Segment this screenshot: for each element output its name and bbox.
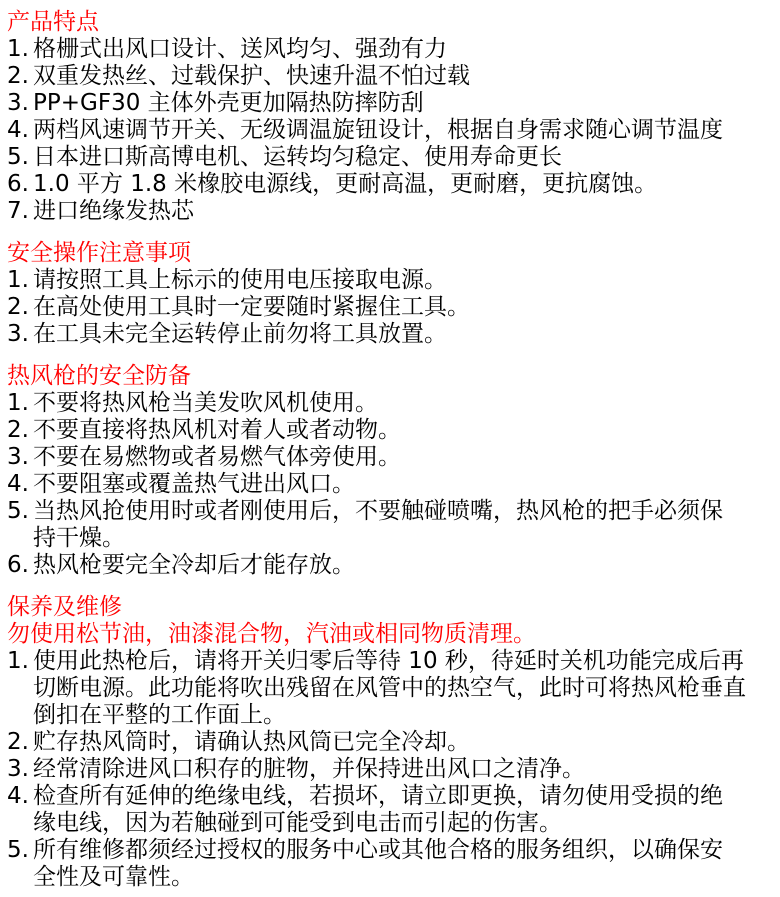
item-number: 4. — [7, 471, 33, 498]
list-item: 3. 经常清除进风口积存的脏物，并保持进出风口之清净。 — [7, 756, 778, 783]
item-text: 1.0 平方 1.8 米橡胶电源线，更耐高温，更耐磨，更抗腐蚀。 — [33, 171, 778, 198]
item-text: PP+GF30 主体外壳更加隔热防摔防刮 — [33, 90, 778, 117]
section-heading: 保养及维修 — [7, 594, 778, 621]
list-item: 2. 贮存热风筒时，请确认热风筒已完全冷却。 — [7, 729, 778, 756]
section-warning-subtitle: 勿使用松节油，油漆混合物，汽油或相同物质清理。 — [7, 621, 778, 648]
item-text: 不要直接将热风机对着人或者动物。 — [33, 417, 778, 444]
section-item-list: 1. 不要将热风枪当美发吹风机使用。 2. 不要直接将热风机对着人或者动物。 3… — [7, 390, 778, 579]
list-item: 1. 请按照工具上标示的使用电压接取电源。 — [7, 267, 778, 294]
item-number: 5. — [7, 837, 33, 864]
item-number: 5. — [7, 144, 33, 171]
section-heading: 产品特点 — [7, 9, 778, 36]
item-text: 贮存热风筒时，请确认热风筒已完全冷却。 — [33, 729, 778, 756]
item-number: 4. — [7, 117, 33, 144]
item-text: 使用此热枪后，请将开关归零后等待 10 秒，待延时关机功能完成后再 切断电源。此… — [33, 648, 778, 729]
list-item: 7. 进口绝缘发热芯 — [7, 198, 778, 225]
item-text: 不要阻塞或覆盖热气进出风口。 — [33, 471, 778, 498]
list-item: 5. 当热风抢使用时或者刚使用后，不要触碰喷嘴，热风枪的把手必须保 持干燥。 — [7, 498, 778, 552]
item-text: 经常清除进风口积存的脏物，并保持进出风口之清净。 — [33, 756, 778, 783]
list-item: 1. 使用此热枪后，请将开关归零后等待 10 秒，待延时关机功能完成后再 切断电… — [7, 648, 778, 729]
list-item: 2. 双重发热丝、过载保护、快速升温不怕过载 — [7, 63, 778, 90]
list-item: 3. 不要在易燃物或者易燃气体旁使用。 — [7, 444, 778, 471]
item-number: 7. — [7, 198, 33, 225]
item-number: 2. — [7, 417, 33, 444]
item-number: 6. — [7, 552, 33, 579]
list-item: 5. 日本进口斯高博电机、运转均匀稳定、使用寿命更长 — [7, 144, 778, 171]
item-number: 3. — [7, 321, 33, 348]
content-section: 保养及维修 勿使用松节油，油漆混合物，汽油或相同物质清理。 1. 使用此热枪后，… — [7, 594, 778, 891]
item-number: 2. — [7, 294, 33, 321]
list-item: 4. 检查所有延伸的绝缘电线，若损坏，请立即更换，请勿使用受损的绝 缘电线，因为… — [7, 783, 778, 837]
list-item: 2. 不要直接将热风机对着人或者动物。 — [7, 417, 778, 444]
item-text: 在工具未完全运转停止前勿将工具放置。 — [33, 321, 778, 348]
list-item: 1. 格栅式出风口设计、送风均匀、强劲有力 — [7, 36, 778, 63]
list-item: 4. 不要阻塞或覆盖热气进出风口。 — [7, 471, 778, 498]
content-section: 产品特点 1. 格栅式出风口设计、送风均匀、强劲有力 2. 双重发热丝、过载保护… — [7, 9, 778, 225]
list-item: 2. 在高处使用工具时一定要随时紧握住工具。 — [7, 294, 778, 321]
item-text: 双重发热丝、过载保护、快速升温不怕过载 — [33, 63, 778, 90]
item-number: 1. — [7, 648, 33, 675]
item-number: 3. — [7, 90, 33, 117]
item-text: 检查所有延伸的绝缘电线，若损坏，请立即更换，请勿使用受损的绝 缘电线，因为若触碰… — [33, 783, 778, 837]
item-number: 2. — [7, 63, 33, 90]
list-item: 1. 不要将热风枪当美发吹风机使用。 — [7, 390, 778, 417]
item-text: 日本进口斯高博电机、运转均匀稳定、使用寿命更长 — [33, 144, 778, 171]
item-number: 4. — [7, 783, 33, 810]
item-number: 1. — [7, 267, 33, 294]
item-text: 热风枪要完全冷却后才能存放。 — [33, 552, 778, 579]
list-item: 3. PP+GF30 主体外壳更加隔热防摔防刮 — [7, 90, 778, 117]
section-heading: 安全操作注意事项 — [7, 240, 778, 267]
item-text: 当热风抢使用时或者刚使用后，不要触碰喷嘴，热风枪的把手必须保 持干燥。 — [33, 498, 778, 552]
item-text: 所有维修都须经过授权的服务中心或其他合格的服务组织，以确保安 全性及可靠性。 — [33, 837, 778, 891]
item-number: 3. — [7, 444, 33, 471]
item-number: 5. — [7, 498, 33, 525]
section-item-list: 1. 格栅式出风口设计、送风均匀、强劲有力 2. 双重发热丝、过载保护、快速升温… — [7, 36, 778, 225]
section-heading: 热风枪的安全防备 — [7, 363, 778, 390]
content-section: 热风枪的安全防备 1. 不要将热风枪当美发吹风机使用。 2. 不要直接将热风机对… — [7, 363, 778, 579]
item-text: 进口绝缘发热芯 — [33, 198, 778, 225]
list-item: 6. 1.0 平方 1.8 米橡胶电源线，更耐高温，更耐磨，更抗腐蚀。 — [7, 171, 778, 198]
item-number: 6. — [7, 171, 33, 198]
section-item-list: 1. 请按照工具上标示的使用电压接取电源。 2. 在高处使用工具时一定要随时紧握… — [7, 267, 778, 348]
item-number: 1. — [7, 36, 33, 63]
item-text: 不要在易燃物或者易燃气体旁使用。 — [33, 444, 778, 471]
product-description-document: 产品特点 1. 格栅式出风口设计、送风均匀、强劲有力 2. 双重发热丝、过载保护… — [0, 0, 780, 897]
list-item: 3. 在工具未完全运转停止前勿将工具放置。 — [7, 321, 778, 348]
item-text: 请按照工具上标示的使用电压接取电源。 — [33, 267, 778, 294]
content-section: 安全操作注意事项 1. 请按照工具上标示的使用电压接取电源。 2. 在高处使用工… — [7, 240, 778, 348]
item-number: 3. — [7, 756, 33, 783]
item-text: 格栅式出风口设计、送风均匀、强劲有力 — [33, 36, 778, 63]
item-text: 两档风速调节开关、无级调温旋钮设计，根据自身需求随心调节温度 — [33, 117, 778, 144]
list-item: 6. 热风枪要完全冷却后才能存放。 — [7, 552, 778, 579]
list-item: 4. 两档风速调节开关、无级调温旋钮设计，根据自身需求随心调节温度 — [7, 117, 778, 144]
item-number: 2. — [7, 729, 33, 756]
item-number: 1. — [7, 390, 33, 417]
item-text: 不要将热风枪当美发吹风机使用。 — [33, 390, 778, 417]
list-item: 5. 所有维修都须经过授权的服务中心或其他合格的服务组织，以确保安 全性及可靠性… — [7, 837, 778, 891]
section-item-list: 1. 使用此热枪后，请将开关归零后等待 10 秒，待延时关机功能完成后再 切断电… — [7, 648, 778, 891]
item-text: 在高处使用工具时一定要随时紧握住工具。 — [33, 294, 778, 321]
